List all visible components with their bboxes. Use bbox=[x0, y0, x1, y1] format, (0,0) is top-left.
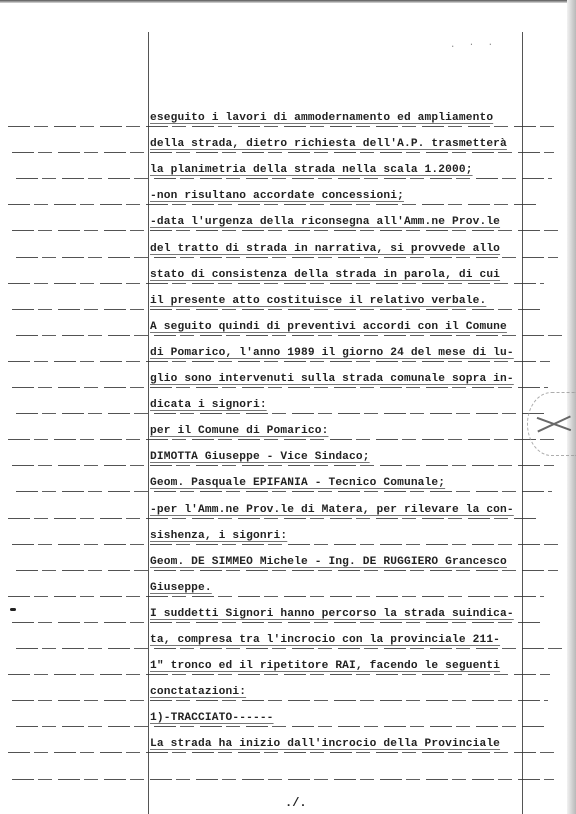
text-line: sishenza, i sigonri: bbox=[150, 530, 287, 542]
ruled-line bbox=[8, 674, 550, 675]
ruled-line bbox=[12, 544, 560, 545]
text-line: la planimetria della strada nella scala … bbox=[150, 164, 473, 176]
text-line: Geom. DE SIMMEO Michele - Ing. DE RUGGIE… bbox=[150, 556, 507, 568]
ruled-line bbox=[8, 518, 538, 519]
text-line: del tratto di strada in narrativa, si pr… bbox=[150, 243, 500, 255]
text-line: 1" tronco ed il ripetitore RAI, facendo … bbox=[150, 660, 500, 672]
text-line: -data l'urgenza della riconsegna all'Amm… bbox=[150, 216, 500, 228]
scan-top-edge bbox=[0, 0, 576, 3]
official-stamp bbox=[527, 392, 576, 456]
ruled-line bbox=[12, 230, 560, 231]
ruled-line bbox=[12, 387, 548, 388]
text-line: DIMOTTA Giuseppe - Vice Sindaco; bbox=[150, 451, 370, 463]
text-line: per il Comune di Pomarico: bbox=[150, 425, 328, 437]
text-line: Geom. Pasquale EPIFANIA - Tecnico Comuna… bbox=[150, 477, 445, 489]
ruled-line bbox=[12, 779, 554, 780]
text-line: ta, compresa tra l'incrocio con la provi… bbox=[150, 634, 500, 646]
continuation-mark: ./. bbox=[285, 796, 307, 810]
ruled-line bbox=[8, 752, 556, 753]
text-line: Giuseppe. bbox=[150, 582, 212, 594]
text-line: 1)-TRACCIATO------ bbox=[150, 712, 274, 724]
ruled-line bbox=[12, 152, 554, 153]
ruled-line bbox=[12, 622, 542, 623]
text-line: di Pomarico, l'anno 1989 il giorno 24 de… bbox=[150, 347, 514, 359]
text-line: della strada, dietro richiesta dell'A.P.… bbox=[150, 138, 507, 150]
text-line: conctatazioni: bbox=[150, 686, 246, 698]
text-line: stato di consistenza della strada in par… bbox=[150, 269, 500, 281]
ruled-line bbox=[16, 178, 552, 179]
right-margin-line bbox=[522, 32, 523, 814]
ruled-line bbox=[8, 204, 538, 205]
ruled-line bbox=[8, 283, 544, 284]
ruled-line bbox=[8, 439, 556, 440]
ruled-line bbox=[12, 309, 542, 310]
text-line: A seguito quindi di preventivi accordi c… bbox=[150, 321, 507, 333]
text-line: glio sono intervenuti sulla strada comun… bbox=[150, 373, 514, 385]
ruled-line bbox=[16, 570, 558, 571]
text-line: eseguito i lavori di ammodernamento ed a… bbox=[150, 112, 493, 124]
text-line: La strada ha inizio dall'incrocio della … bbox=[150, 738, 500, 750]
ruled-line bbox=[16, 257, 558, 258]
ruled-line bbox=[12, 700, 548, 701]
ruled-line bbox=[8, 126, 556, 127]
ruled-line bbox=[16, 726, 546, 727]
ruled-line bbox=[16, 413, 546, 414]
ruled-line bbox=[8, 361, 550, 362]
ruled-line bbox=[16, 491, 552, 492]
text-line: -per l'Amm.ne Prov.le di Matera, per ril… bbox=[150, 504, 514, 516]
ruled-line bbox=[16, 335, 564, 336]
text-line: -non risultano accordate concessioni; bbox=[150, 190, 404, 202]
ruled-line bbox=[12, 465, 554, 466]
left-margin-line bbox=[148, 32, 149, 814]
margin-mark bbox=[10, 608, 16, 611]
top-marks: . · · bbox=[450, 40, 497, 50]
ruled-line bbox=[16, 648, 564, 649]
text-line: dicata i signori: bbox=[150, 399, 267, 411]
text-line: I suddetti Signori hanno percorso la str… bbox=[150, 608, 514, 620]
ruled-line bbox=[8, 596, 544, 597]
text-line: il presente atto costituisce il relativo… bbox=[150, 295, 486, 307]
